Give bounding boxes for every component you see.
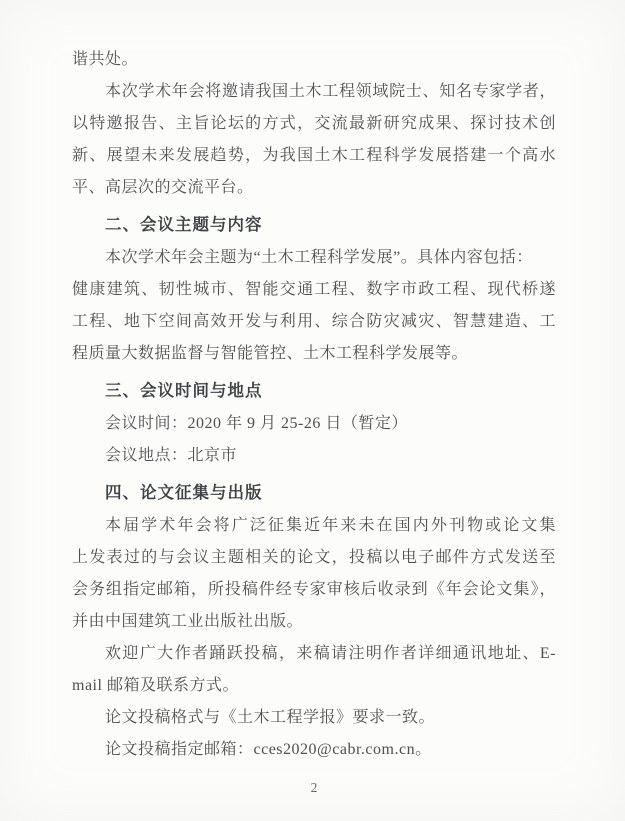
text-line: 欢迎广大作者踊跃投稿，来稿请注明作者详细通讯地址、E-: [72, 638, 556, 670]
text-line: 并由中国建筑工业出版社出版。: [72, 606, 556, 638]
text-line: 程质量大数据监督与智能管控、土木工程科学发展等。: [72, 338, 556, 370]
text-line: 本次学术年会将邀请我国土木工程领域院士、知名专家学者，: [72, 76, 556, 108]
page-number: 2: [72, 772, 556, 804]
text-line: 上发表过的与会议主题相关的论文，投稿以电子邮件方式发送至: [72, 542, 556, 574]
section-heading-time-place: 三、会议时间与地点: [72, 375, 556, 407]
text-line: 本届学术年会将广泛征集近年来未在国内外刊物或论文集: [72, 510, 556, 542]
document-page: 谐共处。 本次学术年会将邀请我国土木工程领域院士、知名专家学者， 以特邀报告、主…: [0, 0, 625, 821]
text-line: mail 邮箱及联系方式。: [72, 670, 556, 702]
text-line: 平、高层次的交流平台。: [72, 172, 556, 204]
text-line: 新、展望未来发展趋势，为我国土木工程科学发展搭建一个高水: [72, 140, 556, 172]
text-line: 论文投稿格式与《土木工程学报》要求一致。: [72, 702, 556, 734]
text-line: 工程、地下空间高效开发与利用、综合防灾减灾、智慧建造、工: [72, 306, 556, 338]
text-line: 会务组指定邮箱，所投稿件经专家审核后收录到《年会论文集》，: [72, 574, 556, 606]
section-heading-papers: 四、论文征集与出版: [72, 477, 556, 509]
meeting-place-line: 会议地点：北京市: [72, 440, 556, 472]
text-line: 以特邀报告、主旨论坛的方式，交流最新研究成果、探讨技术创: [72, 108, 556, 140]
submission-email-line: 论文投稿指定邮箱：cces2020@cabr.com.cn。: [72, 734, 556, 766]
text-line: 本次学术年会主题为“土木工程科学发展”。具体内容包括：: [72, 242, 556, 274]
section-heading-theme: 二、会议主题与内容: [72, 209, 556, 241]
text-line: 谐共处。: [72, 44, 556, 76]
meeting-time-line: 会议时间：2020 年 9 月 25-26 日（暂定）: [72, 408, 556, 440]
text-line: 健康建筑、韧性城市、智能交通工程、数字市政工程、现代桥遂: [72, 274, 556, 306]
